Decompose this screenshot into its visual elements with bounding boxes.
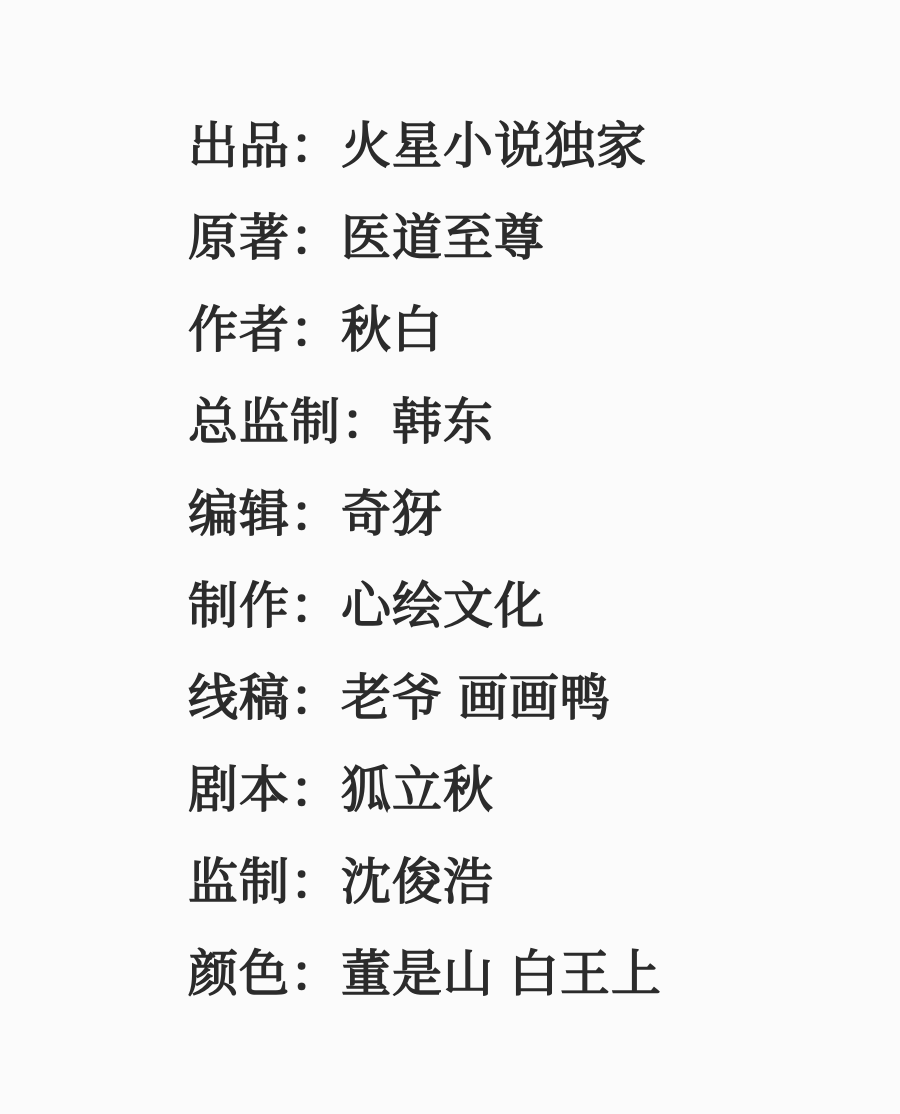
credit-line-editor: 编辑：奇犽 [188, 464, 860, 556]
credit-line-colors: 颜色：董是山 白王上 [188, 924, 860, 1016]
credit-name-value: 心绘文化 [341, 566, 545, 638]
credit-name-value: 火星小说独家 [341, 106, 647, 178]
credit-colon: ： [290, 934, 341, 1006]
credit-name-value: 医道至尊 [341, 198, 545, 270]
credit-name-value: 奇犽 [341, 474, 443, 546]
credit-colon: ： [290, 750, 341, 822]
credit-colon: ： [290, 290, 341, 362]
credit-role-label: 剧本 [188, 750, 290, 822]
credit-colon: ： [290, 198, 341, 270]
credit-name-value: 老爷 画画鸭 [341, 658, 611, 730]
credit-role-label: 颜色 [188, 934, 290, 1006]
credit-line-chief-supervisor: 总监制：韩东 [188, 372, 860, 464]
credit-role-label: 原著 [188, 198, 290, 270]
credit-line-line-art: 线稿：老爷 画画鸭 [188, 648, 860, 740]
credit-role-label: 监制 [188, 842, 290, 914]
credit-name-value: 董是山 白王上 [341, 934, 662, 1006]
credit-colon: ： [290, 566, 341, 638]
credit-name-value: 狐立秋 [341, 750, 494, 822]
credit-colon: ： [290, 658, 341, 730]
credits-page: 出品：火星小说独家 原著：医道至尊 作者：秋白 总监制：韩东 编辑：奇犽 制作：… [0, 0, 900, 1114]
credit-name-value: 秋白 [341, 290, 443, 362]
credit-colon: ： [290, 106, 341, 178]
credit-line-production: 制作：心绘文化 [188, 556, 860, 648]
credit-colon: ： [341, 382, 392, 454]
credit-line-supervisor: 监制：沈俊浩 [188, 832, 860, 924]
credit-line-author: 作者：秋白 [188, 280, 860, 372]
credit-name-value: 韩东 [392, 382, 494, 454]
credit-line-script: 剧本：狐立秋 [188, 740, 860, 832]
credit-role-label: 线稿 [188, 658, 290, 730]
credit-role-label: 出品 [188, 106, 290, 178]
credit-line-producer: 出品：火星小说独家 [188, 96, 860, 188]
credit-colon: ： [290, 842, 341, 914]
credit-role-label: 作者 [188, 290, 290, 362]
credit-name-value: 沈俊浩 [341, 842, 494, 914]
credit-role-label: 编辑 [188, 474, 290, 546]
credit-line-original-work: 原著：医道至尊 [188, 188, 860, 280]
credit-role-label: 制作 [188, 566, 290, 638]
credit-colon: ： [290, 474, 341, 546]
credit-role-label: 总监制 [188, 382, 341, 454]
